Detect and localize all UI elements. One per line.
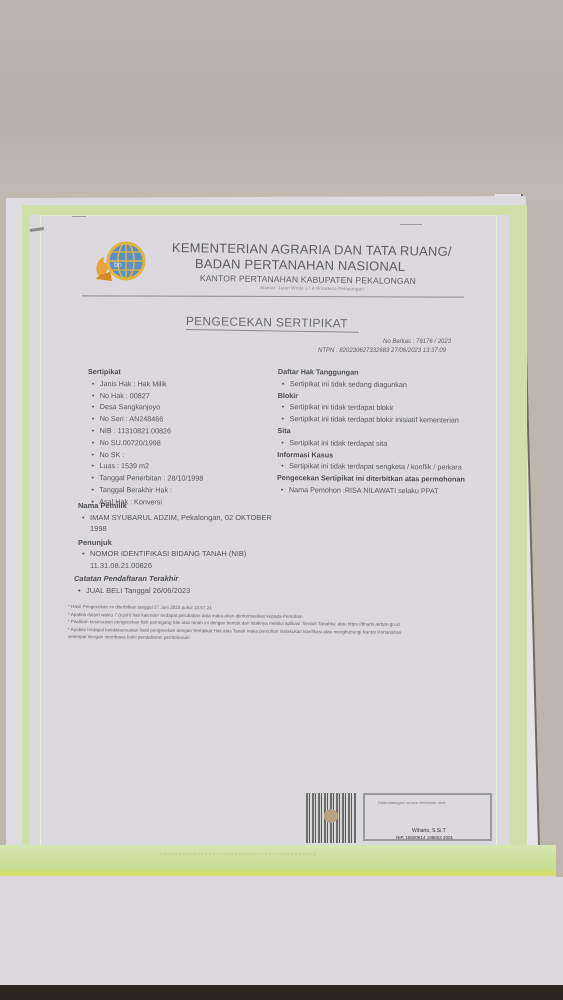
section-heading: Catatan Pendaftaran Terakhir <box>74 573 283 585</box>
qr-code-icon <box>306 793 356 843</box>
list-item: NIB : 11310821.00826 <box>88 425 278 438</box>
background-surface <box>0 0 563 200</box>
list-item: Sertipikat ini tidak terdapat blokir ini… <box>277 413 467 426</box>
fold-mark <box>400 224 422 225</box>
owner-name: IMAM SYUBARUL ADZIM, Pekalongan, 02 OKTO… <box>78 512 283 535</box>
list-item: Tanggal Berakhir Hak : <box>87 484 277 497</box>
security-band-pattern: ≈≈≈≈≈≈≈≈≈≈≈≈≈≈≈≈≈≈≈≈≈≈≈≈≈≈≈≈≈≈≈≈≈≈≈≈≈≈≈≈… <box>160 852 317 858</box>
list-item: Sertipikat ini tidak terdapat sengketa /… <box>277 460 467 473</box>
status-section: Daftar Hak Tanggungan Sertipikat ini tid… <box>277 366 468 497</box>
section-heading: Nama Pemilik <box>78 500 283 512</box>
catatan-value: JUAL BELI Tanggal 26/06/2023 <box>74 585 283 597</box>
paper-lower-margin <box>0 877 563 985</box>
floor-shadow <box>0 985 563 1000</box>
owner-section: Nama Pemilik IMAM SYUBARUL ADZIM, Pekalo… <box>78 500 283 596</box>
ntpn: NTPN : 820230627332683 27/06/2023 13:37:… <box>318 348 446 354</box>
list-item: Nama Pemohon :RISA NILAWATI selaku PPAT <box>277 484 467 497</box>
section-heading: Sertipikat <box>88 366 278 379</box>
list-item: Tanggal Penerbitan : 28/10/1998 <box>87 472 277 485</box>
list-item: No SU.00720/1998 <box>88 437 278 450</box>
signature-caption: Ditandatangani secara elektronik oleh: <box>378 800 446 805</box>
globe-emblem-icon: bn <box>92 237 152 287</box>
section-heading: Penunjuk <box>78 537 283 549</box>
list-item: Luas : 1539 m2 <box>87 460 277 473</box>
sertipikat-section: Sertipikat Janis Hak : Hak Milik No Hak … <box>87 366 278 509</box>
list-item: No Seri : AN248466 <box>88 413 278 426</box>
fold-mark <box>72 216 86 217</box>
security-band <box>0 845 556 877</box>
signer-name: Wiharto, S.Si.T <box>412 828 446 834</box>
list-item: No Hak : 00827 <box>88 390 278 403</box>
document-title: PENGECEKAN SERTIPIKAT <box>186 314 348 331</box>
penunjuk-value: NOMOR IDENTIFIKASI BIDANG TANAH (NIB) 11… <box>78 548 283 571</box>
list-item: No SK : <box>88 449 278 462</box>
list-item: Janis Hak : Hak Milik <box>88 378 278 391</box>
footnotes: * Hasil Pengecekan ini diterbitkan tangg… <box>68 603 478 645</box>
list-item: Sertipikat ini tidak sedang diagunkan <box>278 378 468 391</box>
svg-text:bn: bn <box>114 262 122 269</box>
ministry-title-line2: BADAN PERTANAHAN NASIONAL <box>195 256 406 274</box>
no-berkas: No Berkas : 76176 / 2023 <box>383 339 451 345</box>
list-item: Sertipikat ini tidak terdapat sita <box>277 437 467 450</box>
list-item: Desa Sangkanjoyo <box>88 401 278 414</box>
signer-nip: NIP. 19800614 198603 2001 <box>396 835 453 840</box>
